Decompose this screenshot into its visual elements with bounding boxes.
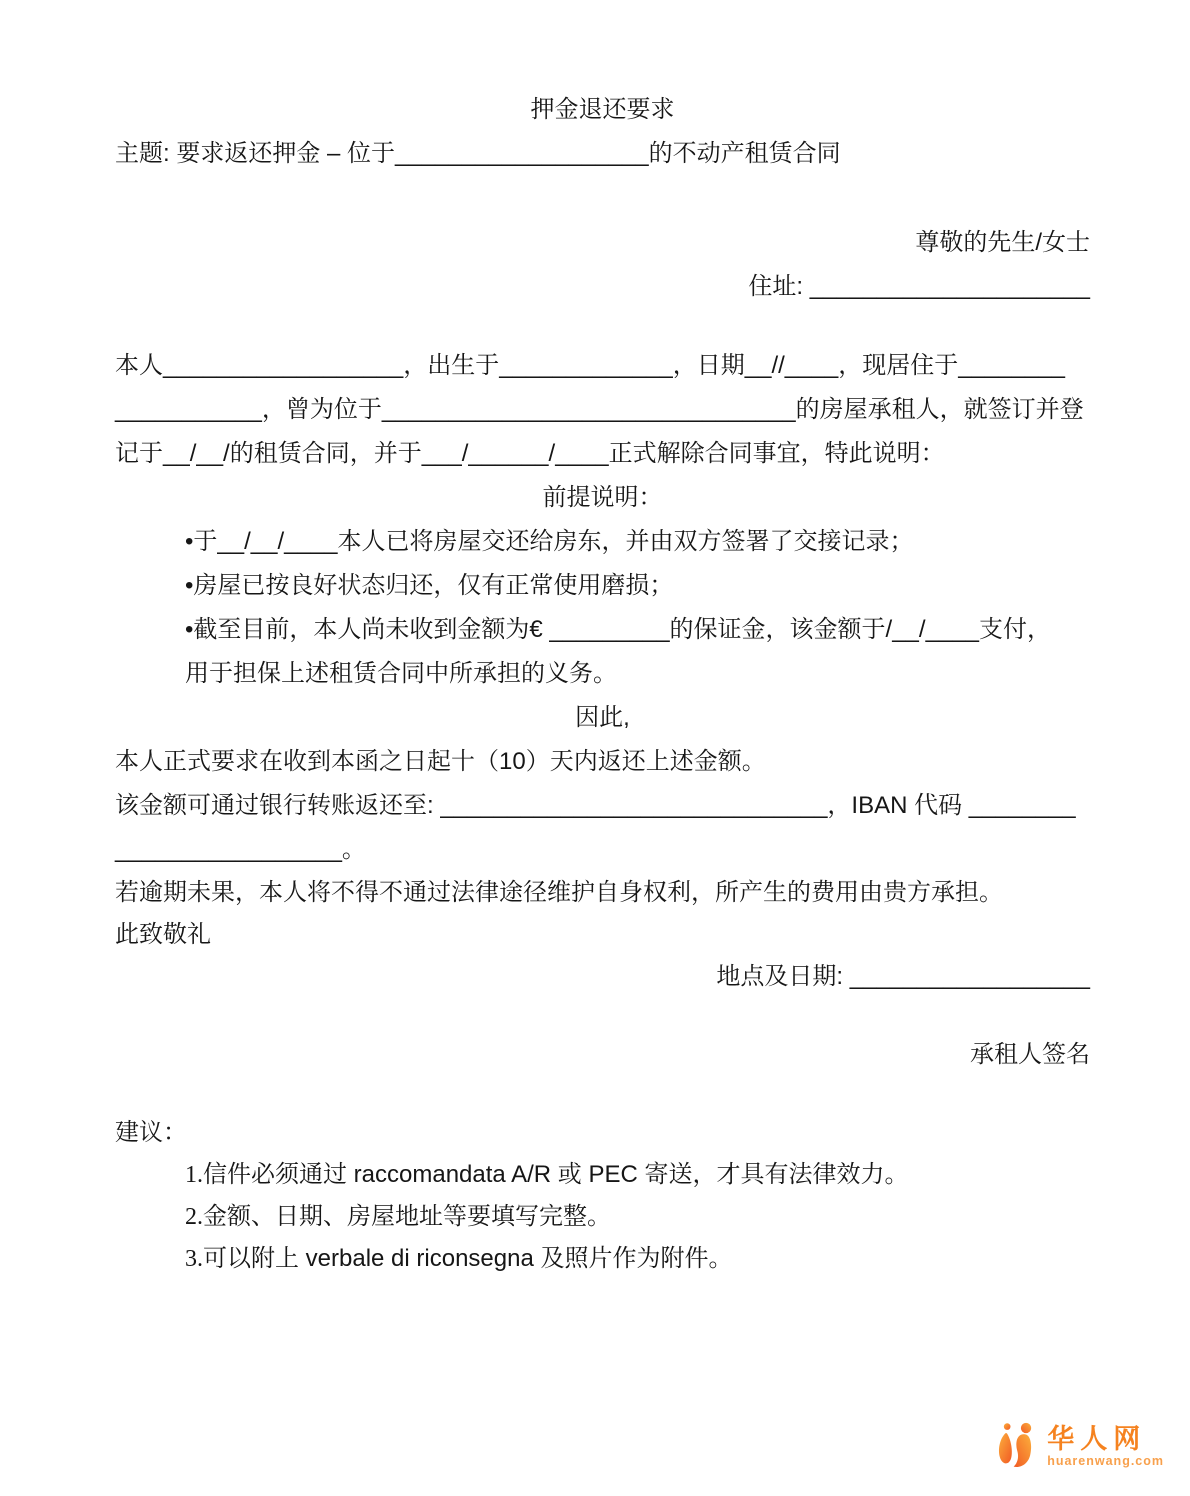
document-title: 押金退还要求 <box>115 88 1090 132</box>
advice-item-3: 3.可以附上 verbale di riconsegna 及照片作为附件。 <box>185 1238 1090 1280</box>
closing-line: 此致敬礼 <box>115 914 1090 956</box>
salutation: 尊敬的先生/女士 <box>115 221 1090 265</box>
premise-item-1: •于__/__/____本人已将房屋交还给房东，并由双方签署了交接记录； <box>185 520 1090 564</box>
transfer-line-1: 该金额可通过银行转账返还至: _________________________… <box>115 784 1090 828</box>
advice-section: 建议： 1.信件必须通过 raccomandata A/R 或 PEC 寄送，才… <box>115 1112 1090 1280</box>
body-line-1: 本人__________________，出生于_____________，日期… <box>115 344 1090 388</box>
advice-item-1-text: 信件必须通过 raccomandata A/R 或 PEC 寄送，才具有法律效力… <box>203 1161 908 1188</box>
premise-item-3: •截至目前，本人尚未收到金额为€ _________的保证金，该金额于/__/_… <box>185 608 1090 652</box>
premise-heading: 前提说明： <box>115 476 1090 520</box>
subject-line: 主题: 要求返还押金 – 位于___________________的不动产租赁… <box>115 132 1090 176</box>
warning-line: 若逾期未果，本人将不得不通过法律途径维护自身权利，所产生的费用由贵方承担。 <box>115 872 1090 914</box>
brand-name: 华人网 <box>1047 1424 1164 1454</box>
therefore-heading: 因此, <box>115 696 1090 740</box>
body-line-2: ___________，曾为位于________________________… <box>115 388 1090 432</box>
advice-item-1: 1.信件必须通过 raccomandata A/R 或 PEC 寄送，才具有法律… <box>185 1154 1090 1196</box>
premise-item-2: •房屋已按良好状态归还，仅有正常使用磨损； <box>185 564 1090 608</box>
huarenwang-watermark: 华人网 huarenwang.com <box>992 1420 1164 1470</box>
advice-item-2: 2.金额、日期、房屋地址等要填写完整。 <box>185 1196 1090 1238</box>
advice-heading: 建议： <box>115 1112 1090 1154</box>
place-date-line: 地点及日期: __________________ <box>115 956 1090 998</box>
signature-label: 承租人签名 <box>115 1034 1090 1076</box>
advice-item-2-number: 2. <box>185 1204 203 1230</box>
brand-site: huarenwang.com <box>1047 1454 1164 1469</box>
huarenwang-logo-icon <box>992 1420 1038 1470</box>
advice-item-1-number: 1. <box>185 1162 203 1188</box>
transfer-line-2: _________________。 <box>115 828 1090 872</box>
address-blank-line: 住址: _____________________ <box>115 265 1090 309</box>
letter-document: 押金退还要求 主题: 要求返还押金 – 位于__________________… <box>0 0 1190 1496</box>
premise-item-3-continued: 用于担保上述租赁合同中所承担的义务。 <box>185 652 1090 696</box>
advice-item-3-number: 3. <box>185 1246 203 1272</box>
body-paragraph: 本人__________________，出生于_____________，日期… <box>115 344 1090 476</box>
demand-line: 本人正式要求在收到本函之日起十（10）天内返还上述金额。 <box>115 740 1090 784</box>
premise-list: •于__/__/____本人已将房屋交还给房东，并由双方签署了交接记录； •房屋… <box>185 520 1090 696</box>
advice-item-2-text: 金额、日期、房屋地址等要填写完整。 <box>203 1203 611 1230</box>
body-line-3: 记于__/__/的租赁合同，并于___/______/____正式解除合同事宜，… <box>115 432 1090 476</box>
advice-item-3-text: 可以附上 verbale di riconsegna 及照片作为附件。 <box>203 1245 732 1272</box>
